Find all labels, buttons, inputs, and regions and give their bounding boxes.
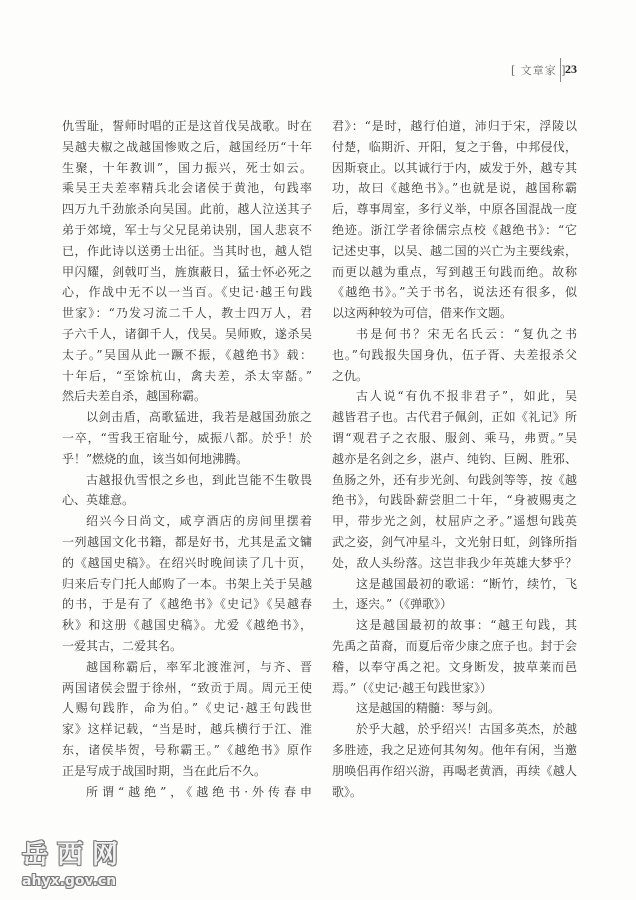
- text-line: 以这两种较为可信，借来作文题。: [332, 303, 577, 324]
- paragraph-start: 所谓“越绝”，《越绝书·外传春申: [62, 782, 312, 803]
- text-line: 一爱其古，二爱其名。: [62, 636, 312, 657]
- text-line: 绝书》，句践卧薪尝胆二十年，“身被赐夷之: [332, 490, 577, 511]
- text-line: 吴越夫椒之战越国惨败之后，越国经历“十年: [62, 137, 312, 158]
- text-line: 生聚，十年教训”，国力振兴，死士如云。: [62, 158, 312, 179]
- text-line: 一列越国文化书籍，都是好书，尤其是孟文镛: [62, 532, 312, 553]
- text-line: 先禹之苗裔，而夏后帝少康之庶子也。封于会: [332, 636, 577, 657]
- article-column-left: 仇雪耻，誓师时唱的正是这首伐吴战歌。时在 吴越夫椒之战越国惨败之后，越国经历“十…: [62, 116, 312, 802]
- section-label: [ 文章家 ]: [511, 62, 567, 78]
- text-line: 越亦是名剑之乡，湛卢、纯钧、巨阙、胜邪、: [332, 449, 577, 470]
- paragraph-start: 古人说“有仇不报非君子”，如此，吴: [332, 386, 577, 407]
- paragraph-start: 这是越国最初的歌谣：“断竹，续竹，飞: [332, 574, 577, 595]
- text-line: 稽，以奉守禹之祀。文身断发，披草莱而邑: [332, 657, 577, 678]
- paragraph-start: 书是何书？宋无名氏云：“复仇之书: [332, 324, 577, 345]
- text-line: 《越绝书》。”关于书名，说法还有很多，似: [332, 282, 577, 303]
- site-watermark: 岳西网 ahyx.gov.cn: [22, 834, 132, 889]
- watermark-logo-text: 岳西网: [22, 834, 132, 871]
- header-divider: [560, 58, 561, 82]
- paragraph-start: 这是越国最初的故事：“越王句践，其: [332, 615, 577, 636]
- text-line: 土，逐宍。”（《弹歌》）: [332, 594, 577, 615]
- text-line: 的书，于是有了《越绝书》《史记》《吴越春: [62, 594, 312, 615]
- text-line: 仇雪耻，誓师时唱的正是这首伐吴战歌。时在: [62, 116, 312, 137]
- text-line: 因斯衰止。以其诚行于内，威发于外，越专其: [332, 158, 577, 179]
- text-line: 付楚，临期沂、开阳，复之于鲁，中邦侵伐，: [332, 137, 577, 158]
- paragraph-start: 绍兴今日尚文，咸亨酒店的房间里摆着: [62, 511, 312, 532]
- text-line: 后，尊事周室，多行义举，中原各国混战一度: [332, 199, 577, 220]
- text-line: 弟于郊境，军士与父兄昆弟诀别，国人悲哀不: [62, 220, 312, 241]
- text-line: 多胜迹，我之足迹何其匆匆。他年有闲，当邀: [332, 740, 577, 761]
- text-line: 武之姿，剑气冲星斗，文光射日虹，剑锋所指: [332, 532, 577, 553]
- text-line: 一卒，“雪我王宿耻兮，威振八都。於乎！於: [62, 428, 312, 449]
- text-line: 君》：“是时，越行伯道，沛归于宋，浮陵以: [332, 116, 577, 137]
- text-line: 而更以越为重点，写到越王句践而绝。故称: [332, 262, 577, 283]
- paragraph-start: 古越报仇雪恨之乡也，到此岂能不生敬畏: [62, 470, 312, 491]
- text-line: 记述史事，以吴、越二国的兴亡为主要线索，: [332, 241, 577, 262]
- text-line: 歌》。: [332, 782, 577, 803]
- text-line: 东，诸侯毕贺，号称霸王。”《越绝书》原作: [62, 740, 312, 761]
- text-line: 甲，带步光之剑，杖屈庐之矛。”遥想句践英: [332, 511, 577, 532]
- text-line: 也。”句践报失国身仇，伍子胥、夫差报杀父: [332, 345, 577, 366]
- text-line: 绝迹。浙江学者徐儒宗点校《越绝书》：“它: [332, 220, 577, 241]
- text-line: 越皆君子也。古代君子佩剑，正如《礼记》所: [332, 407, 577, 428]
- text-line: 心、英雄意。: [62, 490, 312, 511]
- text-line: 子六千人，诸御千人，伐吴。吴师败，遂杀吴: [62, 324, 312, 345]
- text-line: 已，作此诗以送勇士出征。当其时也，越人铠: [62, 241, 312, 262]
- text-line: 焉。”（《史记·越王句践世家》）: [332, 678, 577, 699]
- text-line: 功，故曰《越绝书》。”也就是说，越国称霸: [332, 178, 577, 199]
- text-line: 两国诸侯会盟于徐州，“致贡于周。周元王使: [62, 678, 312, 699]
- text-line: 十年后，“至馀杭山，禽夫差，杀太宰嚭。”: [62, 366, 312, 387]
- text-line: 心，作战中无不以一当百。《史记·越王句践: [62, 282, 312, 303]
- text-line: 正是写成于战国时期，当在此后不久。: [62, 761, 312, 782]
- text-line: 人赐句践胙，命为伯。”《史记·越王句践世: [62, 698, 312, 719]
- paragraph-start: 这是越国的精髓：琴与剑。: [332, 698, 577, 719]
- page-number: 23: [565, 62, 577, 77]
- text-line: 处，敌人头纷落。这岂非我少年英雄大梦乎？: [332, 553, 577, 574]
- text-line: 鱼肠之外，还有步光剑、句践剑等等，按《越: [332, 470, 577, 491]
- article-column-right: 君》：“是时，越行伯道，沛归于宋，浮陵以 付楚，临期沂、开阳，复之于鲁，中邦侵伐…: [332, 116, 577, 802]
- text-line: 太子。”吴国从此一蹶不振，《越绝书》载：: [62, 345, 312, 366]
- text-line: 世家》：“乃发习流二千人，教士四万人，君: [62, 303, 312, 324]
- watermark-url: ahyx.gov.cn: [22, 873, 132, 889]
- text-line: 谓“观君子之衣服、服剑、乘马，弗贾。”吴: [332, 428, 577, 449]
- paragraph-start: 越国称霸后，率军北渡淮河，与齐、晋: [62, 657, 312, 678]
- text-line: 归来后专门托人邮购了一本。书架上关于吴越: [62, 574, 312, 595]
- text-line: 之仇。: [332, 366, 577, 387]
- text-line: 乎！”燃烧的血，该当如何地沸腾。: [62, 449, 312, 470]
- text-line: 然后夫差自杀，越国称霸。: [62, 386, 312, 407]
- paragraph-start: 以剑击盾，高歌猛进，我若是越国劲旅之: [62, 407, 312, 428]
- text-line: 甲闪耀，剑戟叮当，旌旗蔽日，猛士怀必死之: [62, 262, 312, 283]
- text-line: 朋唤侣再作绍兴游，再喝老黄酒，再续《越人: [332, 761, 577, 782]
- text-line: 秋》和这册《越国史稿》。尤爱《越绝书》，: [62, 615, 312, 636]
- text-line: 的《越国史稿》。在绍兴时晚间读了几十页，: [62, 553, 312, 574]
- text-line: 四万九千劲旅杀向吴国。此前，越人泣送其子: [62, 199, 312, 220]
- text-line: 乘吴王夫差率精兵北会诸侯于黄池，句践率: [62, 178, 312, 199]
- paragraph-start: 於乎大越，於乎绍兴！古国多英杰，於越: [332, 719, 577, 740]
- text-line: 家》这样记载，“当是时，越兵横行于江、淮: [62, 719, 312, 740]
- running-header: [ 文章家 ] 23: [505, 58, 595, 82]
